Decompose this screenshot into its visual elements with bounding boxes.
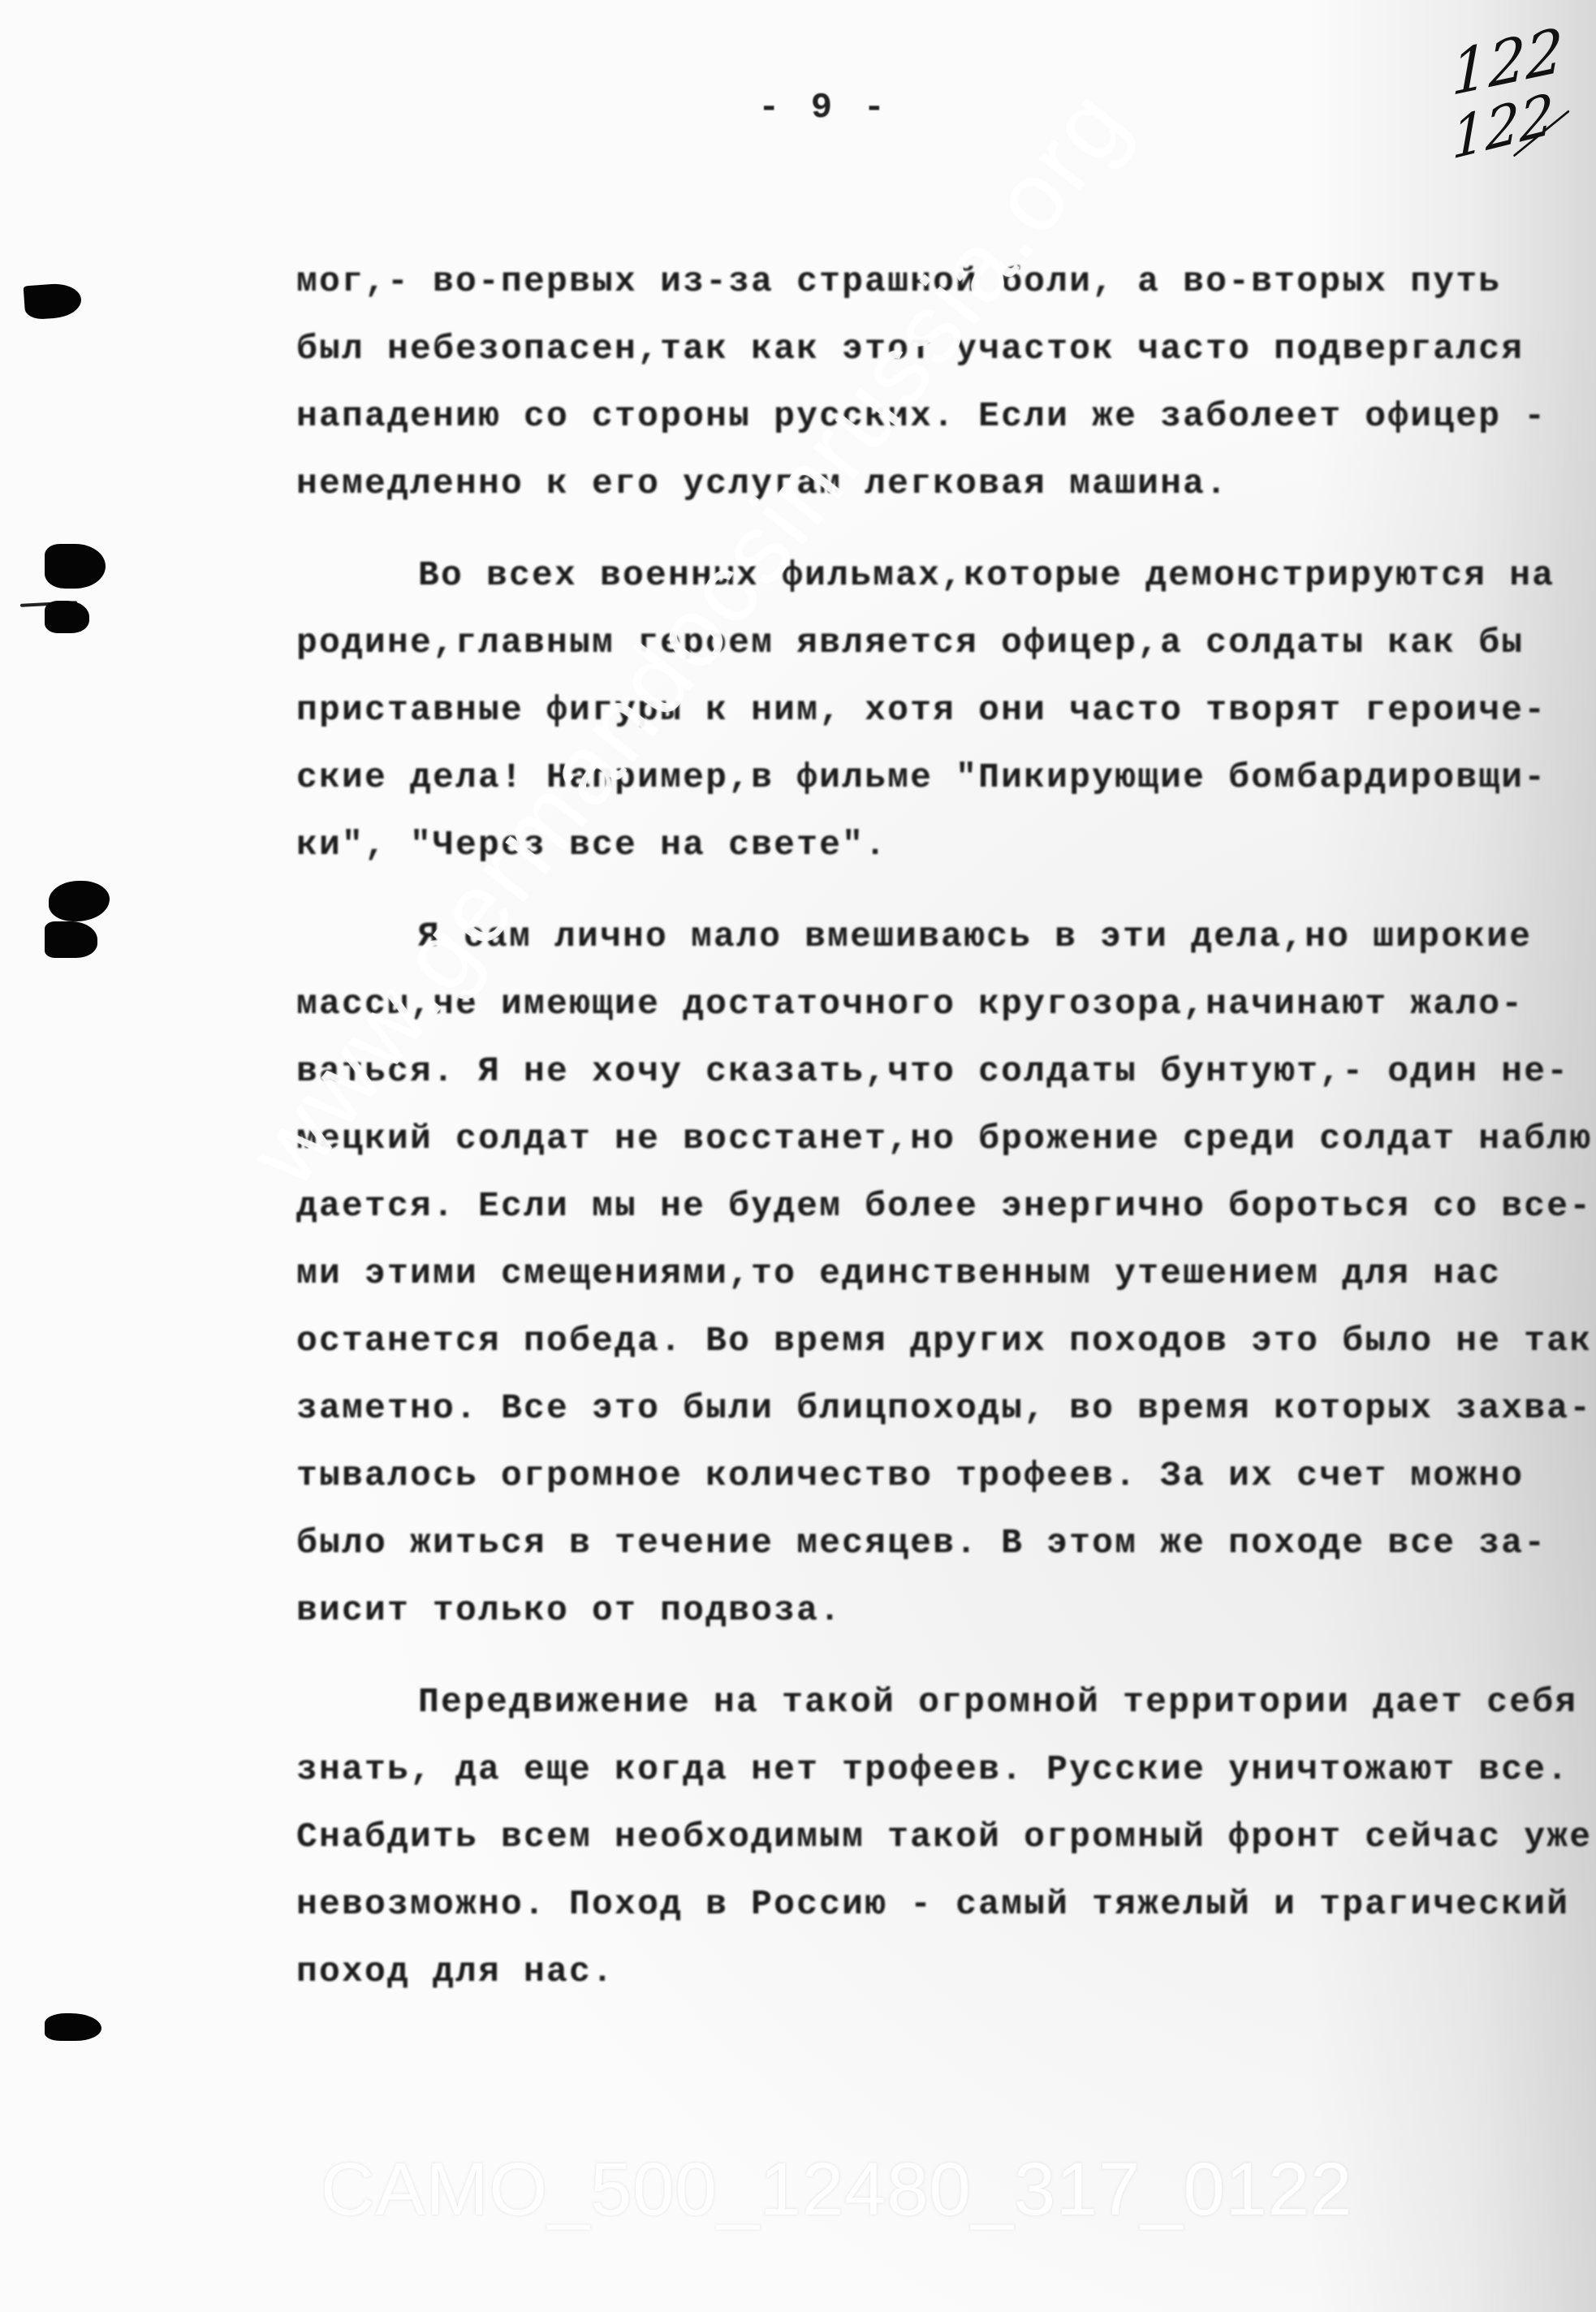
punch-hole-icon (24, 283, 83, 321)
document-page: - 9 - 122 122 мог,- во-первых из-за стра… (0, 0, 1596, 2312)
text-line: приставные фигуры к ним, хотя они часто … (296, 676, 1587, 744)
punch-hole-icon (45, 544, 106, 589)
text-line: мецкий солдат не восстанет,но брожение с… (296, 1105, 1587, 1172)
text-line: Снабдить всем необходимым такой огромный… (296, 1803, 1587, 1870)
handwritten-folio-marks: 122 122 (1450, 32, 1564, 154)
text-line: был небезопасен,так как этот участок час… (296, 315, 1587, 382)
paragraph: Я сам лично мало вмешиваюсь в эти дела,н… (296, 903, 1587, 1644)
paragraph: мог,- во-первых из-за страшной боли, а в… (296, 248, 1587, 517)
punch-hole-icon (49, 881, 110, 921)
text-line: массы,не имеющие достаточного кругозора,… (296, 970, 1587, 1037)
text-line: Я сам лично мало вмешиваюсь в эти дела,н… (296, 903, 1587, 970)
text-line: ки", "Через все на свете". (296, 811, 1587, 878)
text-line: висит только от подвоза. (296, 1577, 1587, 1644)
punch-hole-icon (45, 921, 97, 958)
text-line: поход для нас. (296, 1938, 1587, 2005)
text-line: ские дела! Например,в фильме "Пикирующие… (296, 744, 1587, 811)
archive-id-watermark: CAMO_500_12480_317_0122 (321, 2147, 1352, 2232)
text-line: мог,- во-первых из-за страшной боли, а в… (296, 248, 1587, 315)
text-line: дается. Если мы не будем более энергично… (296, 1172, 1587, 1240)
text-line: Во всех военных фильмах,которые демонстр… (296, 541, 1587, 609)
typewritten-body: мог,- во-первых из-за страшной боли, а в… (296, 248, 1587, 2005)
text-line: нападению со стороны русских. Если же за… (296, 382, 1587, 450)
text-line: родине,главным героем является офицер,а … (296, 609, 1587, 676)
text-line: останется победа. Во время других походо… (296, 1307, 1587, 1374)
text-line: было житься в течение месяцев. В этом же… (296, 1509, 1587, 1577)
paragraph: Во всех военных фильмах,которые демонстр… (296, 541, 1587, 878)
page-number: - 9 - (0, 88, 1596, 128)
text-line: заметно. Все это были блицпоходы, во вре… (296, 1374, 1587, 1442)
text-line: невозможно. Поход в Россию - самый тяжел… (296, 1870, 1587, 1938)
punch-hole-icon (45, 601, 89, 633)
text-line: Передвижение на такой огромной территори… (296, 1668, 1587, 1736)
text-line: знать, да еще когда нет трофеев. Русские… (296, 1736, 1587, 1803)
text-line: ми этими смещениями,то единственным утеш… (296, 1240, 1587, 1307)
text-line: ваться. Я не хочу сказать,что солдаты бу… (296, 1037, 1587, 1105)
text-line: тывалось огромное количество трофеев. За… (296, 1442, 1587, 1509)
punch-hole-icon (45, 2013, 101, 2041)
text-line: немедленно к его услугам легковая машина… (296, 450, 1587, 517)
paragraph: Передвижение на такой огромной территори… (296, 1668, 1587, 2005)
